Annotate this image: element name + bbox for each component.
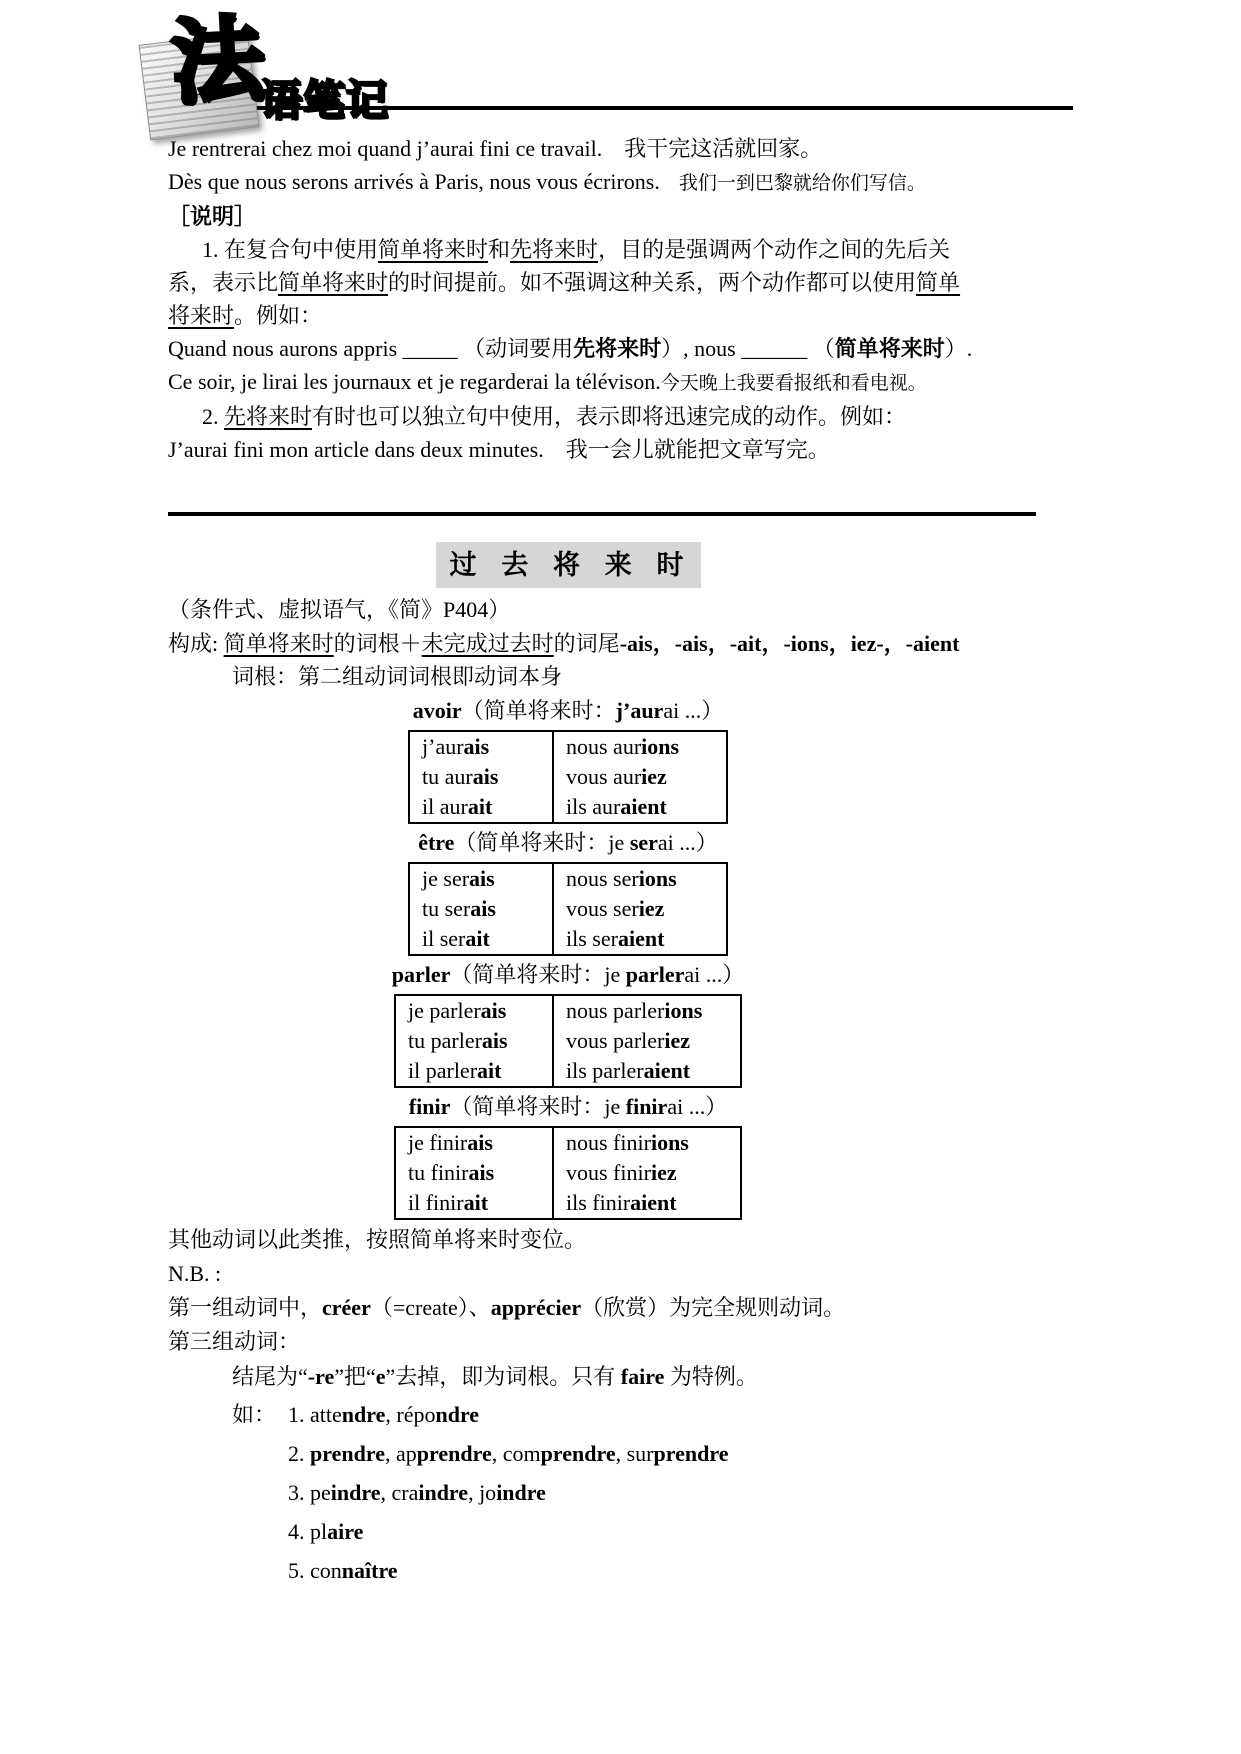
text-segment: ions [641, 734, 679, 759]
root-note: 词根：第二组动词词根即动词本身 [168, 660, 1058, 693]
conj-cell: ils finiraient [553, 1188, 741, 1219]
table-row: je parlerais nous parlerions [395, 995, 741, 1026]
text-segment: ais [481, 998, 507, 1023]
text-segment: 为特例。 [664, 1364, 758, 1389]
table-parler: je parlerais nous parlerions tu parlerai… [394, 994, 742, 1088]
text-segment: ndre [435, 1402, 479, 1427]
conj-cell: vous seriez [553, 894, 727, 924]
text-segment: Quand nous aurons appris _____ （动词要用 [168, 336, 573, 361]
text-segment: 5. con [288, 1558, 342, 1583]
nb-label: N.B. : [168, 1257, 1058, 1291]
text-segment: finir [409, 1094, 451, 1119]
verb-label-parler: parler（简单将来时：je parlerai ...） [168, 959, 968, 991]
section-divider [168, 512, 1036, 516]
text-segment: ais [482, 1028, 508, 1053]
logo-sub-chars: 语笔记 [260, 80, 389, 122]
conj-cell: il parlerait [395, 1056, 553, 1087]
text-segment: 。例如： [234, 303, 322, 328]
text-segment: apprécier [491, 1295, 581, 1320]
text-segment: iez [639, 896, 665, 921]
text-segment: （简单将来时：je [450, 962, 625, 987]
text-segment: ait [468, 794, 492, 819]
text-segment: 1. 在复合句中使用 [202, 237, 378, 262]
text-segment: faire [621, 1364, 665, 1389]
text-segment: , ap [385, 1441, 417, 1466]
example-verbs-2: 2. prendre, apprendre, comprendre, surpr… [288, 1434, 728, 1473]
text-segment: ils parler [566, 1058, 644, 1083]
conj-cell: je serais [409, 863, 553, 894]
text-segment: prendre [310, 1441, 385, 1466]
table-finir: je finirais nous finirions tu finirais v… [394, 1126, 742, 1220]
conj-cell: il finirait [395, 1188, 553, 1219]
text-segment: 结尾为“ [232, 1364, 308, 1389]
group3-rule: 结尾为“-re”把“e”去掉，即为词根。只有 faire 为特例。 [168, 1359, 1058, 1395]
text-segment: 先将来时 [224, 404, 312, 429]
conj-cell: tu serais [409, 894, 553, 924]
section-heading: 过 去 将 来 时 [436, 542, 701, 588]
french-example-2: Dès que nous serons arrivés à Paris, nou… [168, 165, 1058, 200]
page-root: 法 语笔记 Je rentrerai chez moi quand j’aura… [0, 0, 1241, 1754]
table-row: il aurait ils auraient [409, 792, 727, 823]
text-segment: finir [626, 1094, 668, 1119]
group1-note: 第一组动词中，créer（=create）、apprécier（欣赏）为完全规则… [168, 1291, 1058, 1325]
text-segment: ais [464, 734, 490, 759]
text-segment: parler [392, 962, 451, 987]
text-segment: il finir [408, 1190, 464, 1215]
text-segment: ait [464, 1190, 488, 1215]
text-segment: ai ...） [663, 698, 723, 723]
text-segment: Je rentrerai chez moi quand j’aurai fini… [168, 136, 602, 161]
text-segment: prendre [654, 1441, 729, 1466]
text-segment: aient [644, 1058, 690, 1083]
verb-label-finir: finir（简单将来时：je finirai ...） [168, 1091, 968, 1123]
conj-cell: vous auriez [553, 762, 727, 792]
example-item: 如： 1. attendre, répondre [168, 1395, 1058, 1434]
examples-label-spacer [232, 1512, 288, 1551]
text-segment: ils aur [566, 794, 620, 819]
text-segment: il aur [422, 794, 468, 819]
notes-section: 其他动词以此类推，按照简单将来时变位。 N.B. : 第一组动词中，créer（… [168, 1223, 1058, 1590]
example-item: 3. peindre, craindre, joindre [168, 1473, 1058, 1512]
text-segment: ai ...） [684, 962, 744, 987]
text-segment: 的时间提前。如不强调这种关系，两个动作都可以使用 [388, 270, 916, 295]
text-segment: , jo [468, 1480, 496, 1505]
table-row: j’aurais nous aurions [409, 731, 727, 762]
text-segment: naître [342, 1558, 398, 1583]
table-row: il parlerait ils parleraient [395, 1056, 741, 1087]
text-segment: ais [469, 1160, 495, 1185]
text-segment: （欣赏）为完全规则动词。 [581, 1295, 845, 1320]
verb-label-avoir: avoir（简单将来时：j’aurai ...） [168, 695, 968, 727]
section-subtitle: （条件式、虚拟语气，《简》P404） [168, 593, 1058, 627]
text-segment: 的词尾 [554, 631, 620, 656]
grammar-section: 过 去 将 来 时 [168, 542, 968, 589]
text-segment: ”把“ [334, 1364, 376, 1389]
explanation-1: 1. 在复合句中使用简单将来时和先将来时，目的是强调两个动作之间的先后关系，表示… [168, 233, 966, 332]
text-segment: indre [496, 1480, 546, 1505]
text-segment: indre [418, 1480, 468, 1505]
text-segment: ais [473, 764, 499, 789]
example-item: 2. prendre, apprendre, comprendre, surpr… [168, 1434, 1058, 1473]
table-row: tu finirais vous finiriez [395, 1158, 741, 1188]
logo-main-char: 法 [170, 14, 267, 111]
conj-cell: nous serions [553, 863, 727, 894]
text-segment: e [376, 1364, 386, 1389]
text-segment: -re [308, 1364, 334, 1389]
conj-cell: il serait [409, 924, 553, 955]
text-segment: 先将来时 [510, 237, 598, 262]
text-segment: iez [641, 764, 667, 789]
conj-cell: tu aurais [409, 762, 553, 792]
text-segment: ais [470, 896, 496, 921]
text-segment: ai ...） [667, 1094, 727, 1119]
conj-cell: je finirais [395, 1127, 553, 1158]
document-body: Je rentrerai chez moi quand j’aurai fini… [168, 132, 1058, 1590]
text-segment: ai ...） [658, 830, 718, 855]
conj-cell: tu parlerais [395, 1026, 553, 1056]
text-segment: il parler [408, 1058, 477, 1083]
text-segment: ）, nous ______ （ [661, 336, 835, 361]
text-segment: tu aur [422, 764, 473, 789]
text-segment: 和 [488, 237, 510, 262]
logo: 法 语笔记 [142, 28, 412, 143]
text-segment: tu ser [422, 896, 470, 921]
text-segment: ais [467, 1130, 493, 1155]
text-segment: 3. pe [288, 1480, 331, 1505]
text-segment: nous aur [566, 734, 641, 759]
conj-cell: vous parleriez [553, 1026, 741, 1056]
text-segment: ait [465, 926, 489, 951]
text-segment: iez [664, 1028, 690, 1053]
text-segment: 第一组动词中， [168, 1295, 322, 1320]
text-segment: , répo [385, 1402, 435, 1427]
conj-cell: j’aurais [409, 731, 553, 762]
text-segment: , com [492, 1441, 541, 1466]
text-segment: ”去掉，即为词根。只有 [386, 1364, 621, 1389]
text-segment: 2. [202, 404, 224, 429]
fill-in-example: Quand nous aurons appris _____ （动词要用先将来时… [168, 332, 1016, 365]
section-heading-row: 过 去 将 来 时 [168, 542, 968, 589]
table-row: il serait ils seraient [409, 924, 727, 955]
text-segment: ions [639, 866, 677, 891]
table-row: il finirait ils finiraient [395, 1188, 741, 1219]
table-row: tu serais vous seriez [409, 894, 727, 924]
text-segment: indre [331, 1480, 381, 1505]
text-segment: 有时也可以独立句中使用，表示即将迅速完成的动作。例如： [312, 404, 906, 429]
text-segment: vous aur [566, 764, 641, 789]
text-segment: Ce soir, je lirai les journaux et je reg… [168, 369, 661, 394]
text-segment: je parler [408, 998, 481, 1023]
conj-cell: ils auraient [553, 792, 727, 823]
text-segment: 1. atte [288, 1402, 342, 1427]
example-item: 4. plaire [168, 1512, 1058, 1551]
table-etre: je serais nous serions tu serais vous se… [408, 862, 728, 956]
conj-cell: ils seraient [553, 924, 727, 955]
text-segment: 今天晚上我要看报纸和看电视。 [661, 373, 927, 394]
text-segment: ions [651, 1130, 689, 1155]
text-segment: ils ser [566, 926, 618, 951]
table-avoir: j’aurais nous aurions tu aurais vous aur… [408, 730, 728, 824]
conj-cell: nous parlerions [553, 995, 741, 1026]
text-segment: je finir [408, 1130, 467, 1155]
examples-label-spacer [232, 1473, 288, 1512]
conj-cell: ils parleraient [553, 1056, 741, 1087]
text-segment: nous parler [566, 998, 664, 1023]
text-segment: vous finir [566, 1160, 651, 1185]
examples-label-spacer [232, 1551, 288, 1590]
text-segment: il ser [422, 926, 465, 951]
conj-cell: nous aurions [553, 731, 727, 762]
text-segment: tu finir [408, 1160, 469, 1185]
example-item: 5. connaître [168, 1551, 1058, 1590]
text-segment: （简单将来时：je [450, 1094, 625, 1119]
text-segment: （简单将来时：je [454, 830, 629, 855]
text-segment: 简单将来时 [278, 270, 388, 295]
text-segment: prendre [541, 1441, 616, 1466]
text-segment: créer [322, 1295, 371, 1320]
text-segment: ait [477, 1058, 501, 1083]
text-segment: 简单将来时 [224, 631, 334, 656]
text-segment: , sur [616, 1441, 654, 1466]
explanation-2: 2. 先将来时有时也可以独立句中使用，表示即将迅速完成的动作。例如： [168, 400, 1058, 433]
text-segment: aient [618, 926, 664, 951]
conjugation-tables: avoir（简单将来时：j’aurai ...） j’aurais nous a… [168, 695, 968, 1220]
examples-label: 如： [232, 1395, 288, 1434]
text-segment: être [418, 830, 454, 855]
conj-cell: je parlerais [395, 995, 553, 1026]
text-segment: parler [626, 962, 685, 987]
text-segment: iez [651, 1160, 677, 1185]
french-example-1: Je rentrerai chez moi quand j’aurai fini… [168, 132, 1058, 165]
example-verbs-5: 5. connaître [288, 1551, 398, 1590]
text-segment: je ser [422, 866, 469, 891]
text-segment: prendre [417, 1441, 492, 1466]
example-verbs-3: 3. peindre, craindre, joindre [288, 1473, 546, 1512]
text-segment: （简单将来时： [462, 698, 616, 723]
text-segment: 的词根＋ [334, 631, 422, 656]
example-verbs-4: 4. plaire [288, 1512, 363, 1551]
text-segment: 简单将来时 [835, 336, 945, 361]
text-segment: avoir [413, 698, 462, 723]
text-segment: J’aurai fini mon article dans deux minut… [168, 437, 544, 462]
text-segment: nous finir [566, 1130, 651, 1155]
text-segment: 未完成过去时 [422, 631, 554, 656]
text-segment: j’aur [422, 734, 464, 759]
text-segment: ils finir [566, 1190, 630, 1215]
table-row: je finirais nous finirions [395, 1127, 741, 1158]
text-segment: ndre [342, 1402, 386, 1427]
verb-label-etre: être（简单将来时：je serai ...） [168, 827, 968, 859]
text-segment: aient [620, 794, 666, 819]
conj-cell: vous finiriez [553, 1158, 741, 1188]
conj-cell: tu finirais [395, 1158, 553, 1188]
others-note: 其他动词以此类推，按照简单将来时变位。 [168, 1223, 1058, 1257]
text-segment: nous ser [566, 866, 639, 891]
text-segment: 我们一到巴黎就给你们写信。 [660, 173, 926, 194]
examples-label-spacer [232, 1434, 288, 1473]
text-segment: 2. [288, 1441, 310, 1466]
text-segment: Dès que nous serons arrivés à Paris, nou… [168, 169, 660, 194]
text-segment: j’aur [616, 698, 664, 723]
text-segment: , cra [380, 1480, 418, 1505]
text-segment: ser [630, 830, 658, 855]
text-segment: 构成: [168, 631, 224, 656]
text-segment: tu parler [408, 1028, 482, 1053]
example-article: J’aurai fini mon article dans deux minut… [168, 433, 1058, 466]
text-segment: 我干完这活就回家。 [602, 136, 822, 161]
text-segment: vous ser [566, 896, 639, 921]
text-segment: ）. [945, 336, 973, 361]
group3-title: 第三组动词： [168, 1325, 1058, 1359]
text-segment: 先将来时 [573, 336, 661, 361]
text-segment: 4. pl [288, 1519, 327, 1544]
example-tonight: Ce soir, je lirai les journaux et je reg… [168, 365, 1058, 400]
note-label: ［说明］ [168, 200, 1058, 233]
table-row: tu aurais vous auriez [409, 762, 727, 792]
conj-cell: nous finirions [553, 1127, 741, 1158]
text-segment: vous parler [566, 1028, 664, 1053]
table-row: tu parlerais vous parleriez [395, 1026, 741, 1056]
table-row: je serais nous serions [409, 863, 727, 894]
text-segment: aient [630, 1190, 676, 1215]
example-verbs-1: 1. attendre, répondre [288, 1395, 479, 1434]
text-segment: aire [327, 1519, 363, 1544]
conj-cell: il aurait [409, 792, 553, 823]
text-segment: ais [469, 866, 495, 891]
text-segment: ions [664, 998, 702, 1023]
text-segment: -ais，-ais，-ait，-ions，iez-，-aient [620, 631, 960, 656]
text-segment: 简单将来时 [378, 237, 488, 262]
text-segment: （=create）、 [371, 1295, 491, 1320]
text-segment: 我一会儿就能把文章写完。 [544, 437, 830, 462]
formation-line: 构成: 简单将来时的词根＋未完成过去时的词尾-ais，-ais，-ait，-io… [168, 627, 1058, 660]
